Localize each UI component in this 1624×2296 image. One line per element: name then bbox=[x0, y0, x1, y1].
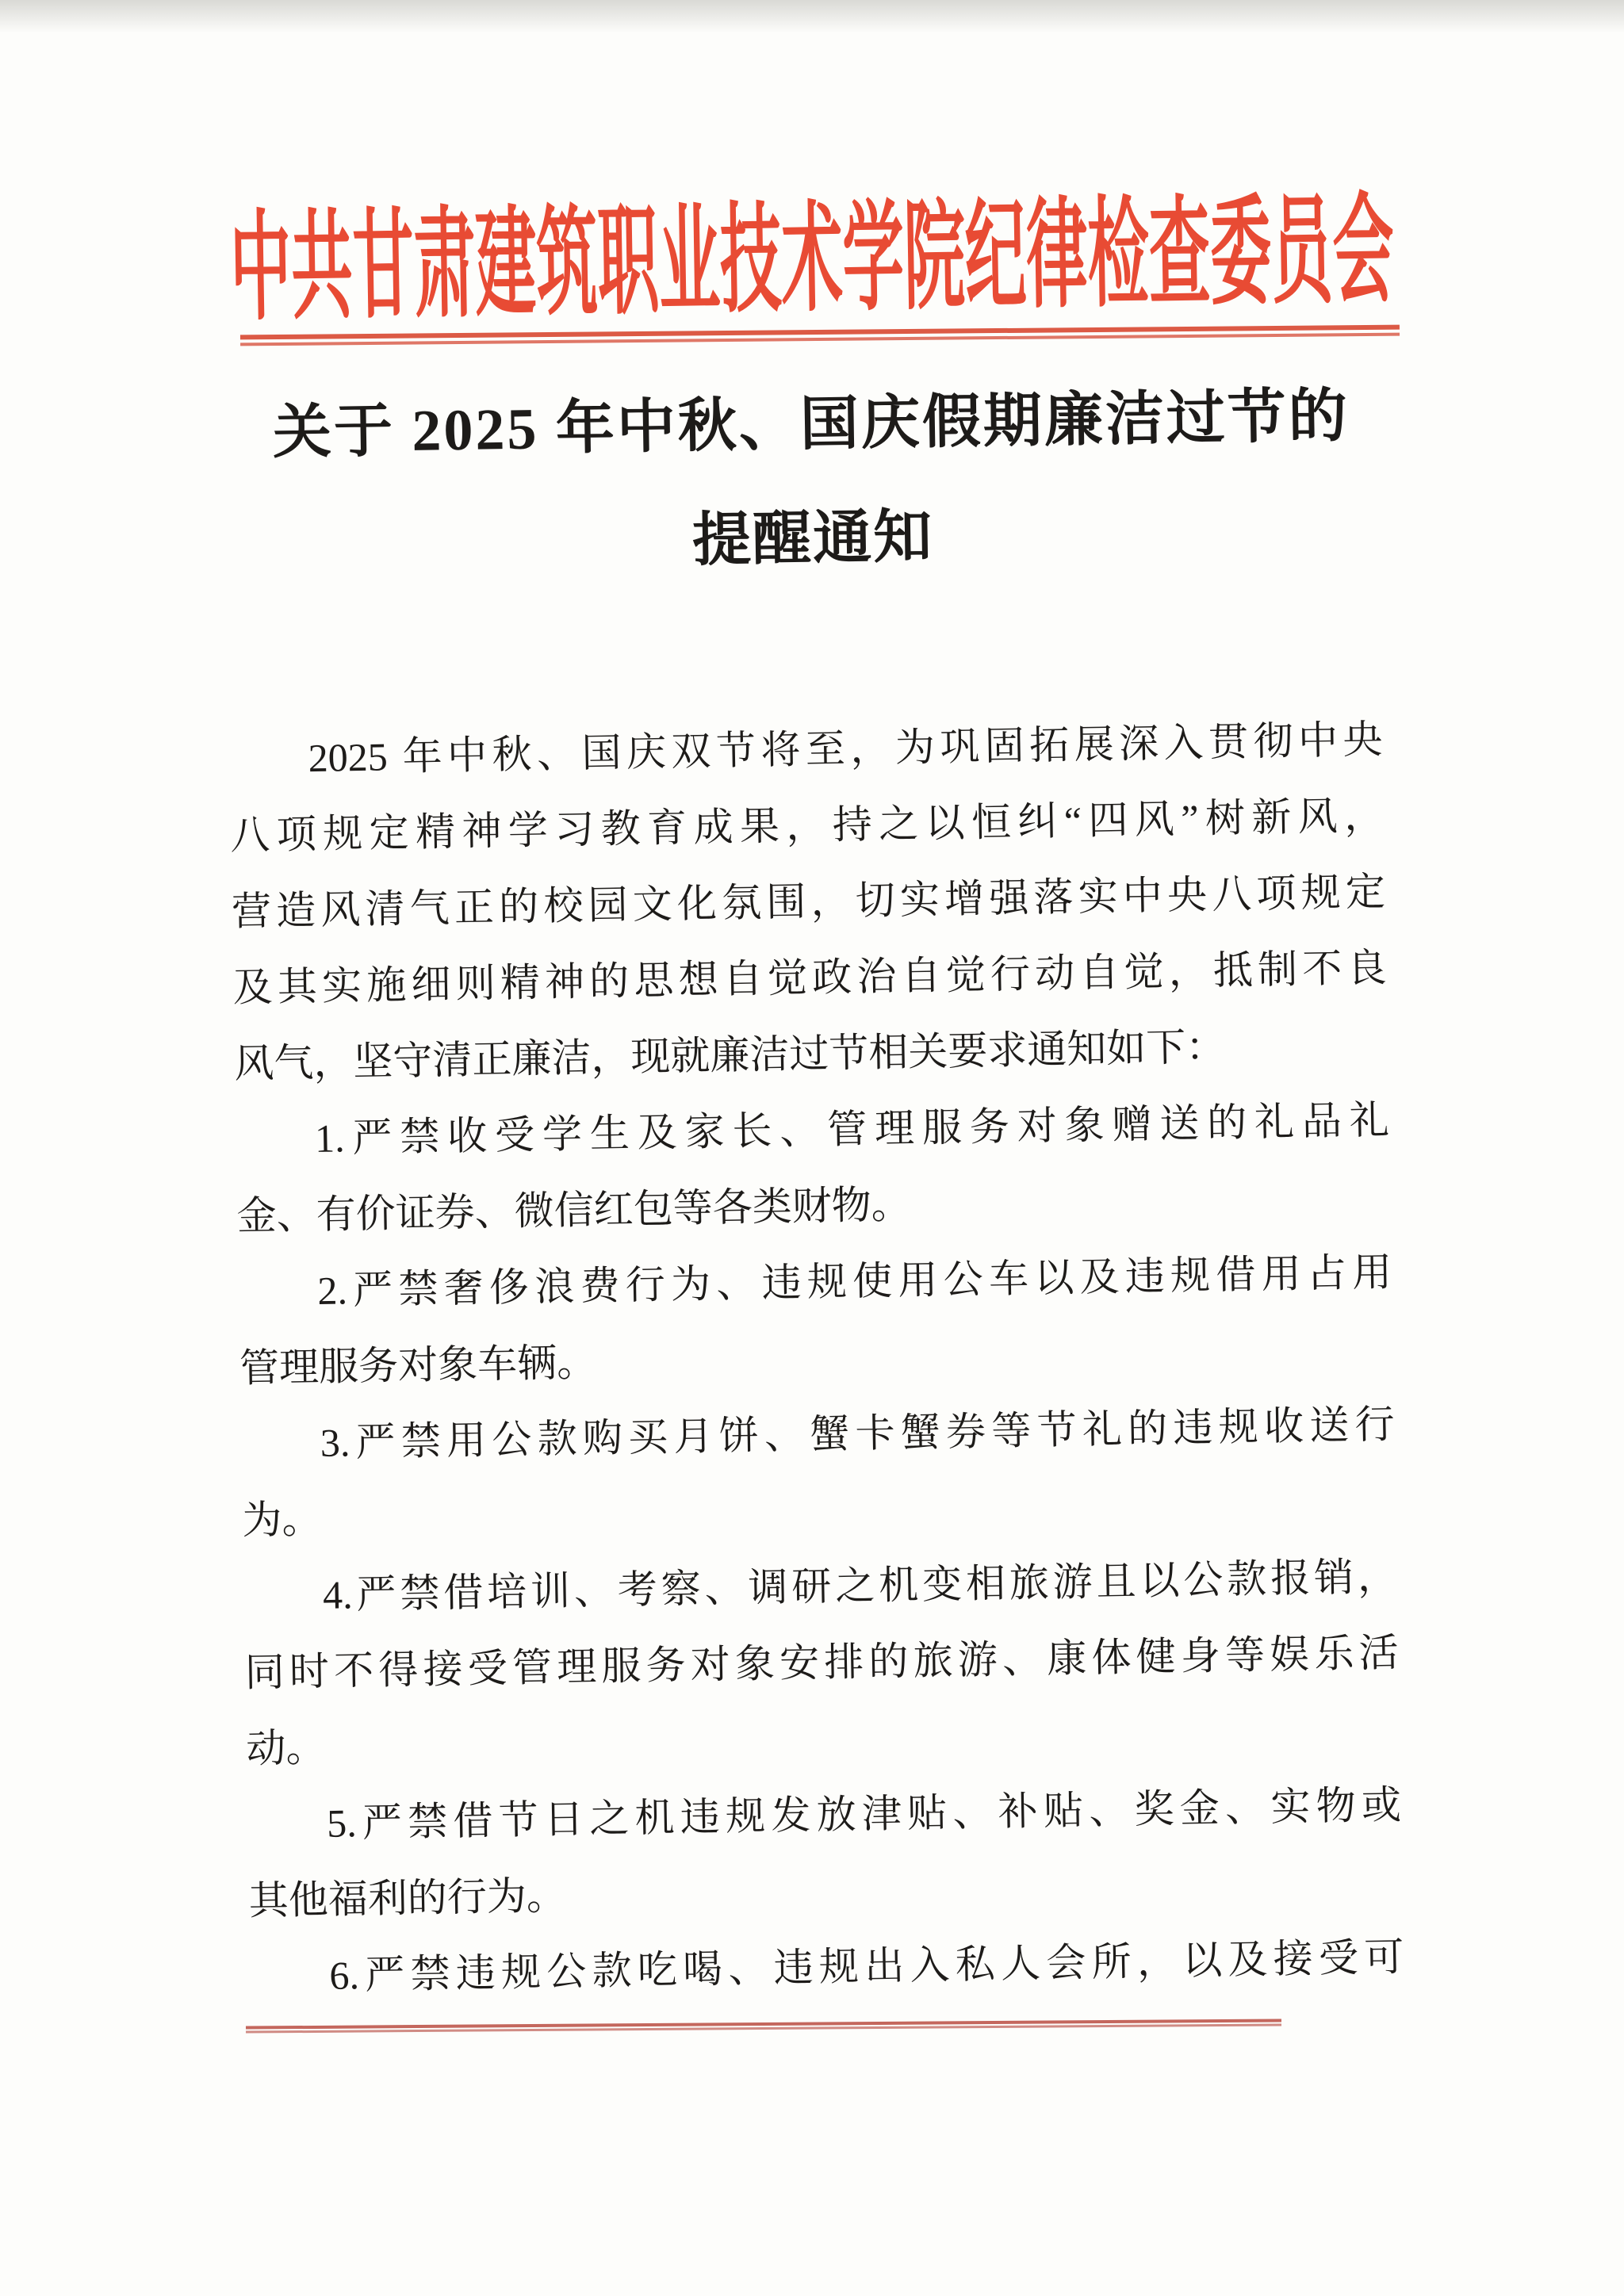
org-header-text: 中共甘肃建筑职业技术学院纪律检查委员会 bbox=[229, 186, 1395, 334]
doc-title-line2: 提醒通知 bbox=[233, 492, 1392, 587]
scan-edge-shadow bbox=[0, 0, 1624, 33]
scanned-document-page: 中共甘肃建筑职业技术学院纪律检查委员会 关于 2025 年中秋、国庆假期廉洁过节… bbox=[0, 0, 1624, 2296]
body-text: 2025 年中秋、国庆双节将至，为巩固拓展深入贯彻中央八项规定精神学习教育成果，… bbox=[228, 701, 1404, 2015]
doc-title: 关于 2025 年中秋、国庆假期廉洁过节的 提醒通知 bbox=[232, 378, 1392, 587]
org-header: 中共甘肃建筑职业技术学院纪律检查委员会 bbox=[233, 193, 1391, 327]
doc-title-line1: 关于 2025 年中秋、国庆假期廉洁过节的 bbox=[232, 378, 1390, 473]
footer-double-rule bbox=[246, 2019, 1281, 2033]
